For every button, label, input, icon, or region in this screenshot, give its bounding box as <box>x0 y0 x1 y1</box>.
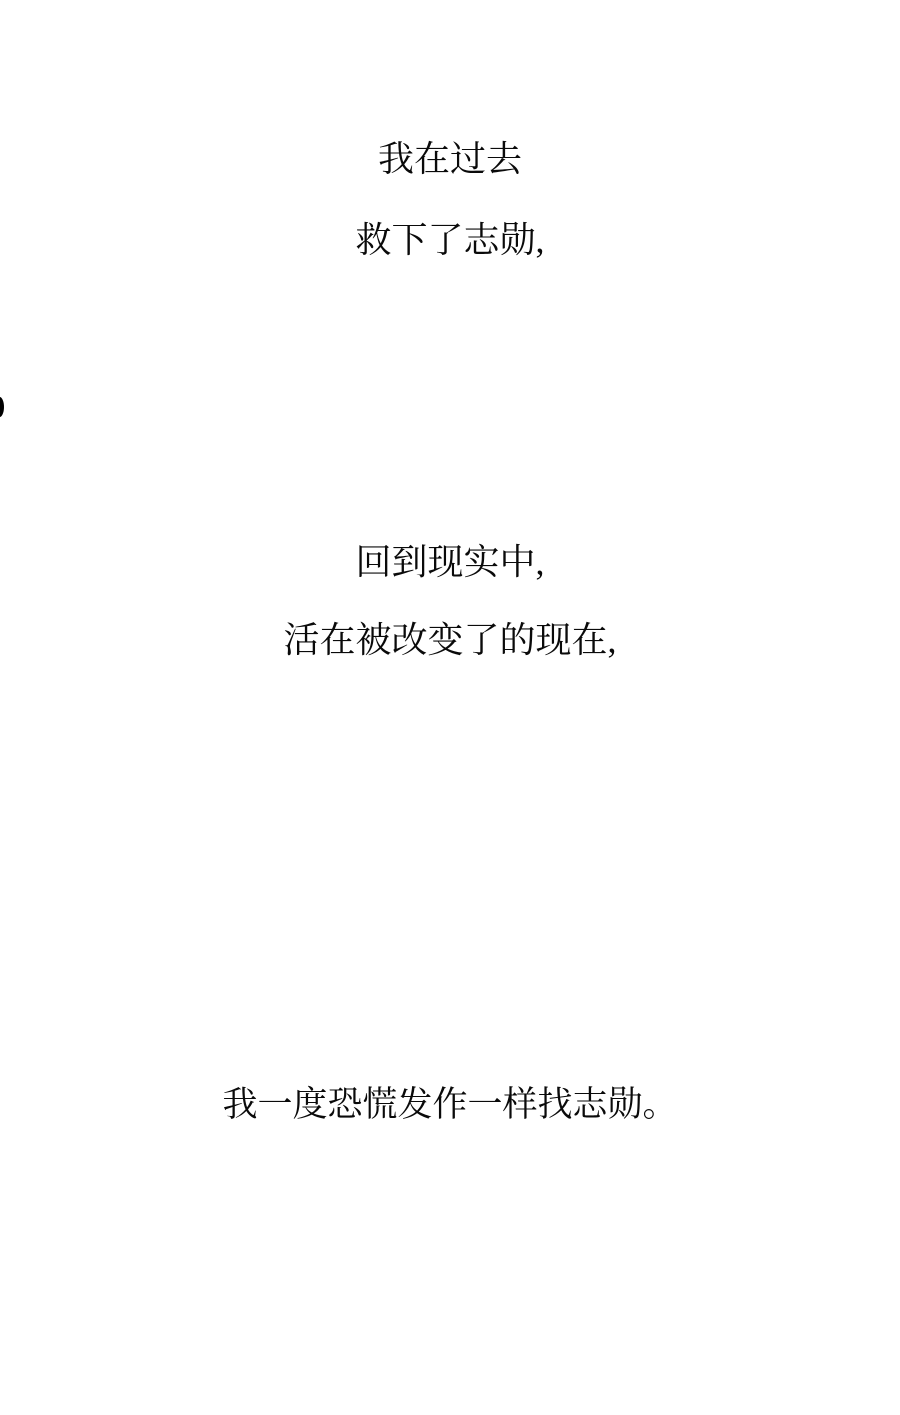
narration-line-5: 我一度恐慌发作一样找志勋。 <box>0 1087 900 1122</box>
edge-ink-blob <box>0 397 4 417</box>
narration-line-3: 回到现实中, <box>0 544 900 580</box>
narration-line-2: 救下了志勋, <box>0 222 900 258</box>
webtoon-narration-page: 我在过去 救下了志勋, 回到现实中, 活在被改变了的现在, 我一度恐慌发作一样找… <box>0 0 900 1415</box>
narration-line-4: 活在被改变了的现在, <box>0 622 900 658</box>
narration-line-1: 我在过去 <box>0 141 900 177</box>
